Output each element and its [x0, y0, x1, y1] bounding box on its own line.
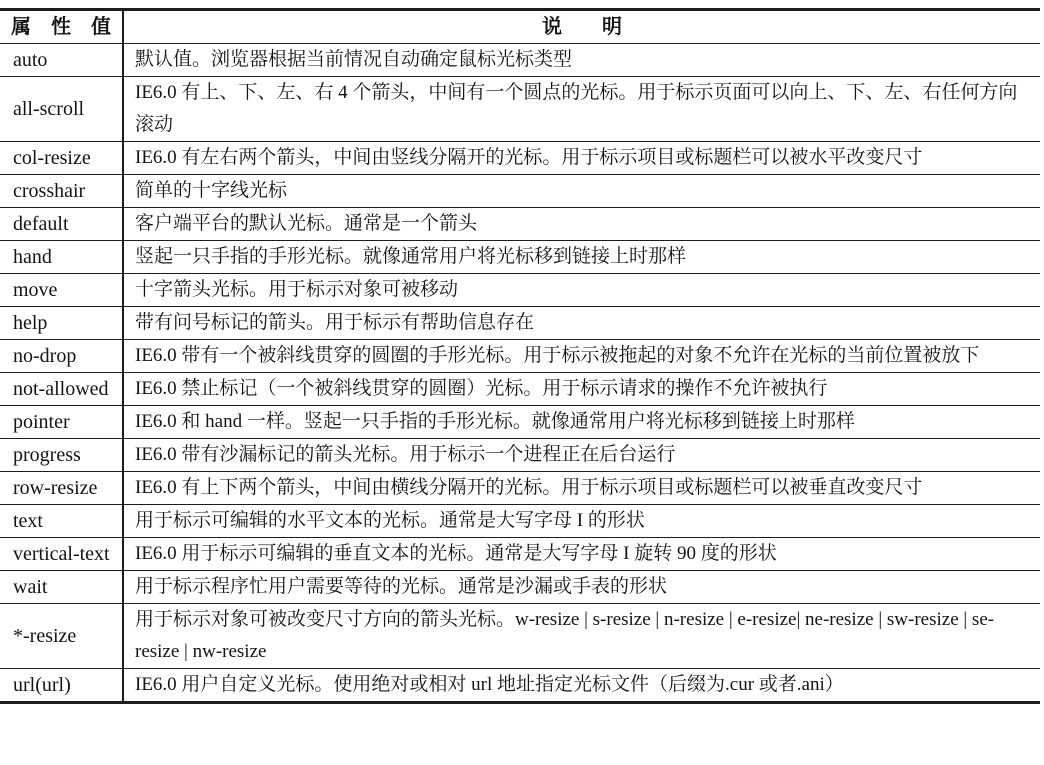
- header-attribute-value: 属 性 值: [0, 10, 123, 44]
- table-row: vertical-text IE6.0 用于标示可编辑的垂直文本的光标。通常是大…: [0, 538, 1040, 571]
- attribute-value-cell: row-resize: [0, 472, 123, 505]
- description-cell: 默认值。浏览器根据当前情况自动确定鼠标光标类型: [123, 44, 1040, 77]
- document-page: 属 性 值 说 明 auto 默认值。浏览器根据当前情况自动确定鼠标光标类型 a…: [0, 0, 1044, 714]
- cursor-values-table: 属 性 值 说 明 auto 默认值。浏览器根据当前情况自动确定鼠标光标类型 a…: [0, 8, 1040, 704]
- attribute-value-cell: progress: [0, 439, 123, 472]
- table-header: 属 性 值 说 明: [0, 10, 1040, 44]
- table-row: row-resize IE6.0 有上下两个箭头，中间由横线分隔开的光标。用于标…: [0, 472, 1040, 505]
- table-row: pointer IE6.0 和 hand 一样。竖起一只手指的手形光标。就像通常…: [0, 406, 1040, 439]
- description-cell: 用于标示程序忙用户需要等待的光标。通常是沙漏或手表的形状: [123, 571, 1040, 604]
- attribute-value-cell: crosshair: [0, 175, 123, 208]
- description-cell: IE6.0 有上、下、左、右 4 个箭头，中间有一个圆点的光标。用于标示页面可以…: [123, 77, 1040, 142]
- description-cell: IE6.0 和 hand 一样。竖起一只手指的手形光标。就像通常用户将光标移到链…: [123, 406, 1040, 439]
- attribute-value-cell: move: [0, 274, 123, 307]
- table-row: auto 默认值。浏览器根据当前情况自动确定鼠标光标类型: [0, 44, 1040, 77]
- description-cell: 用于标示对象可被改变尺寸方向的箭头光标。w-resize | s-resize …: [123, 604, 1040, 669]
- attribute-value-cell: *-resize: [0, 604, 123, 669]
- attribute-value-cell: hand: [0, 241, 123, 274]
- table-row: crosshair 简单的十字线光标: [0, 175, 1040, 208]
- description-cell: 用于标示可编辑的水平文本的光标。通常是大写字母 I 的形状: [123, 505, 1040, 538]
- table-row: not-allowed IE6.0 禁止标记（一个被斜线贯穿的圆圈）光标。用于标…: [0, 373, 1040, 406]
- attribute-value-cell: text: [0, 505, 123, 538]
- description-cell: 十字箭头光标。用于标示对象可被移动: [123, 274, 1040, 307]
- attribute-value-cell: url(url): [0, 669, 123, 703]
- description-cell: IE6.0 用于标示可编辑的垂直文本的光标。通常是大写字母 I 旋转 90 度的…: [123, 538, 1040, 571]
- header-row: 属 性 值 说 明: [0, 10, 1040, 44]
- table-row: all-scroll IE6.0 有上、下、左、右 4 个箭头，中间有一个圆点的…: [0, 77, 1040, 142]
- attribute-value-cell: help: [0, 307, 123, 340]
- table-row: *-resize 用于标示对象可被改变尺寸方向的箭头光标。w-resize | …: [0, 604, 1040, 669]
- description-cell: IE6.0 带有沙漏标记的箭头光标。用于标示一个进程正在后台运行: [123, 439, 1040, 472]
- description-cell: IE6.0 用户自定义光标。使用绝对或相对 url 地址指定光标文件（后缀为.c…: [123, 669, 1040, 703]
- table-row: wait 用于标示程序忙用户需要等待的光标。通常是沙漏或手表的形状: [0, 571, 1040, 604]
- description-cell: IE6.0 有左右两个箭头，中间由竖线分隔开的光标。用于标示项目或标题栏可以被水…: [123, 142, 1040, 175]
- description-cell: IE6.0 禁止标记（一个被斜线贯穿的圆圈）光标。用于标示请求的操作不允许被执行: [123, 373, 1040, 406]
- table-row: default 客户端平台的默认光标。通常是一个箭头: [0, 208, 1040, 241]
- description-cell: IE6.0 带有一个被斜线贯穿的圆圈的手形光标。用于标示被拖起的对象不允许在光标…: [123, 340, 1040, 373]
- attribute-value-cell: auto: [0, 44, 123, 77]
- description-cell: IE6.0 有上下两个箭头，中间由横线分隔开的光标。用于标示项目或标题栏可以被垂…: [123, 472, 1040, 505]
- header-description: 说 明: [123, 10, 1040, 44]
- attribute-value-cell: wait: [0, 571, 123, 604]
- description-cell: 客户端平台的默认光标。通常是一个箭头: [123, 208, 1040, 241]
- attribute-value-cell: pointer: [0, 406, 123, 439]
- table-row: help 带有问号标记的箭头。用于标示有帮助信息存在: [0, 307, 1040, 340]
- attribute-value-cell: all-scroll: [0, 77, 123, 142]
- table-row: no-drop IE6.0 带有一个被斜线贯穿的圆圈的手形光标。用于标示被拖起的…: [0, 340, 1040, 373]
- description-cell: 竖起一只手指的手形光标。就像通常用户将光标移到链接上时那样: [123, 241, 1040, 274]
- attribute-value-cell: not-allowed: [0, 373, 123, 406]
- table-row: url(url) IE6.0 用户自定义光标。使用绝对或相对 url 地址指定光…: [0, 669, 1040, 703]
- attribute-value-cell: vertical-text: [0, 538, 123, 571]
- table-row: col-resize IE6.0 有左右两个箭头，中间由竖线分隔开的光标。用于标…: [0, 142, 1040, 175]
- description-cell: 带有问号标记的箭头。用于标示有帮助信息存在: [123, 307, 1040, 340]
- attribute-value-cell: col-resize: [0, 142, 123, 175]
- description-cell: 简单的十字线光标: [123, 175, 1040, 208]
- attribute-value-cell: default: [0, 208, 123, 241]
- table-body: auto 默认值。浏览器根据当前情况自动确定鼠标光标类型 all-scroll …: [0, 44, 1040, 703]
- attribute-value-cell: no-drop: [0, 340, 123, 373]
- table-row: text 用于标示可编辑的水平文本的光标。通常是大写字母 I 的形状: [0, 505, 1040, 538]
- table-row: progress IE6.0 带有沙漏标记的箭头光标。用于标示一个进程正在后台运…: [0, 439, 1040, 472]
- table-row: hand 竖起一只手指的手形光标。就像通常用户将光标移到链接上时那样: [0, 241, 1040, 274]
- table-row: move 十字箭头光标。用于标示对象可被移动: [0, 274, 1040, 307]
